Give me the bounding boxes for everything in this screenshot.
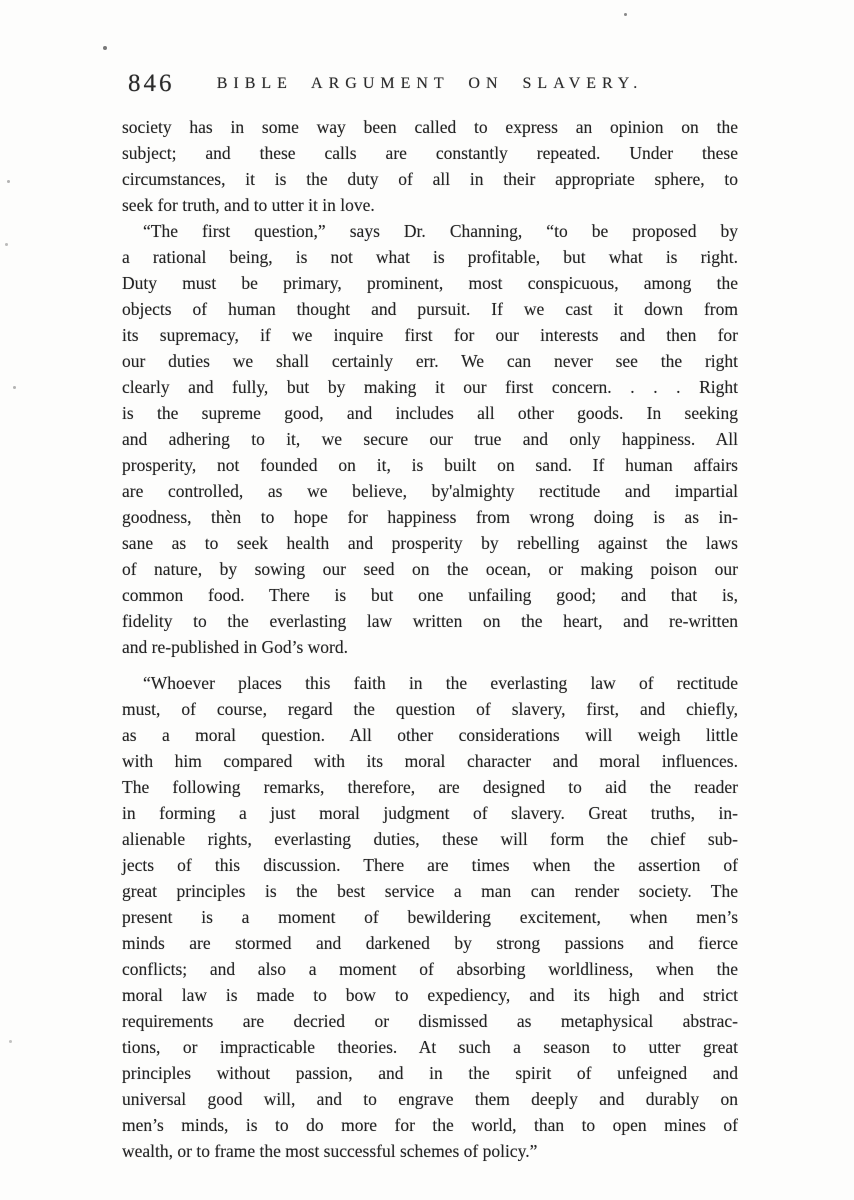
text-line: conflicts; and also a moment of absorbin… [122, 956, 738, 982]
text-line: and adhering to it, we secure our true a… [122, 426, 738, 452]
text-line: in forming a just moral judgment of slav… [122, 800, 738, 826]
text-line: of nature, by sowing our seed on the oce… [122, 556, 738, 582]
text-line: tions, or impracticable theories. At suc… [122, 1034, 738, 1060]
text-line: is the supreme good, and includes all ot… [122, 400, 738, 426]
text-line: universal good will, and to engrave them… [122, 1086, 738, 1112]
text-line: alienable rights, everlasting duties, th… [122, 826, 738, 852]
text-line: goodness, thèn to hope for happiness fro… [122, 504, 738, 530]
text-line: objects of human thought and pursuit. If… [122, 296, 738, 322]
text-line: a rational being, is not what is profita… [122, 244, 738, 270]
scan-speck [103, 46, 107, 50]
scan-speck [9, 1040, 12, 1043]
text-line: sane as to seek health and prosperity by… [122, 530, 738, 556]
text-line: with him compared with its moral charact… [122, 748, 738, 774]
text-line: The following remarks, therefore, are de… [122, 774, 738, 800]
text-line: “The first question,” says Dr. Channing,… [122, 218, 738, 244]
text-line: fidelity to the everlasting law written … [122, 608, 738, 634]
text-line: its supremacy, if we inquire first for o… [122, 322, 738, 348]
paragraph: society has in some way been called to e… [122, 114, 738, 218]
text-line: common food. There is but one unfailing … [122, 582, 738, 608]
text-line: prosperity, not founded on it, is built … [122, 452, 738, 478]
page-header: 846 BIBLE ARGUMENT ON SLAVERY. [122, 62, 738, 94]
text-line: are controlled, as we believe, by'almigh… [122, 478, 738, 504]
text-line: men’s minds, is to do more for the world… [122, 1112, 738, 1138]
text-line: jects of this discussion. There are time… [122, 852, 738, 878]
book-page: 846 BIBLE ARGUMENT ON SLAVERY. society h… [0, 0, 854, 1200]
text-line: moral law is made to bow to expediency, … [122, 982, 738, 1008]
paragraph: “The first question,” says Dr. Channing,… [122, 218, 738, 660]
running-header-title: BIBLE ARGUMENT ON SLAVERY. [122, 75, 738, 93]
text-line: requirements are decried or dismissed as… [122, 1008, 738, 1034]
scan-speck [5, 243, 8, 246]
text-line: society has in some way been called to e… [122, 114, 738, 140]
text-line: “Whoever places this faith in the everla… [122, 670, 738, 696]
text-line: subject; and these calls are constantly … [122, 140, 738, 166]
text-line: minds are stormed and darkened by strong… [122, 930, 738, 956]
page-body: society has in some way been called to e… [122, 114, 738, 1164]
text-line: our duties we shall certainly err. We ca… [122, 348, 738, 374]
paragraph: “Whoever places this faith in the everla… [122, 670, 738, 1164]
text-line: present is a moment of bewildering excit… [122, 904, 738, 930]
text-line: great principles is the best service a m… [122, 878, 738, 904]
text-line: clearly and fully, but by making it our … [122, 374, 738, 400]
scan-speck [7, 180, 10, 183]
text-line: principles without passion, and in the s… [122, 1060, 738, 1086]
text-line: Duty must be primary, prominent, most co… [122, 270, 738, 296]
text-line: and re-published in God’s word. [122, 634, 738, 660]
text-line: wealth, or to frame the most successful … [122, 1138, 738, 1164]
text-line: must, of course, regard the question of … [122, 696, 738, 722]
text-line: circumstances, it is the duty of all in … [122, 166, 738, 192]
text-line: seek for truth, and to utter it in love. [122, 192, 738, 218]
text-line: as a moral question. All other considera… [122, 722, 738, 748]
scan-speck [13, 386, 16, 389]
scan-speck [624, 13, 627, 16]
